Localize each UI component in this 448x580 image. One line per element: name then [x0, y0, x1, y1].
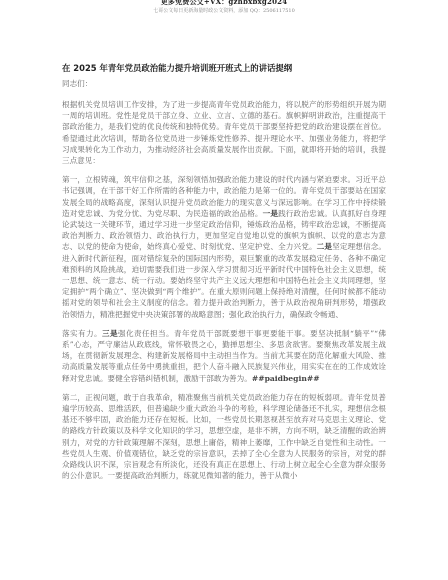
paid-content-marker: ##paidbegin## — [252, 374, 320, 383]
header-promo-line: 更多免费公文+VX：gzhbxbxg2024 — [0, 0, 448, 6]
salutation: 同志们： — [62, 78, 386, 89]
point-2-label: 二是 — [317, 242, 332, 251]
document-title: 在 2025 年青年党员政治能力提升培训班开班式上的讲话提纲 — [62, 62, 386, 74]
section-2-paragraph: 第二，正视问题，敢于自我革命，精准聚焦当前机关党员政治能力存在的短板弱项。青年党… — [62, 392, 386, 482]
section-1-continued-paragraph: 落实有力。三是强化责任担当。青年党员干部既要想干事更要能干事。要坚决抵制“躺平”… — [62, 328, 386, 384]
point-1-label: 一是 — [263, 209, 278, 218]
section-1-text-c: 坚定理想信念。进入新时代新征程，面对错综复杂的国际国内形势，艰巨繁重的改革发展稳… — [62, 242, 386, 318]
header-contact-line: 七哥公文每日更新海量时政公文资料，添加 QQ：2506117510 — [0, 7, 448, 15]
intro-paragraph: 根据机关党员培训工作安排，为了进一步提高青年党员政治能力，将以脱产的形势组织开展… — [62, 99, 386, 166]
document-body: 在 2025 年青年党员政治能力提升培训班开班式上的讲话提纲 同志们： 根据机关… — [62, 62, 386, 482]
section-1-text-d: 落实有力。 — [62, 329, 102, 338]
section-1-paragraph: 第一，立根铸魂，筑牢信仰之基，深刻领悟加强政治能力建设的时代内涵与紧迫要求。习近… — [62, 174, 386, 320]
point-3-label: 三是 — [102, 329, 118, 338]
page-header: 更多免费公文+VX：gzhbxbxg2024 七哥公文每日更新海量时政公文资料，… — [0, 0, 448, 15]
